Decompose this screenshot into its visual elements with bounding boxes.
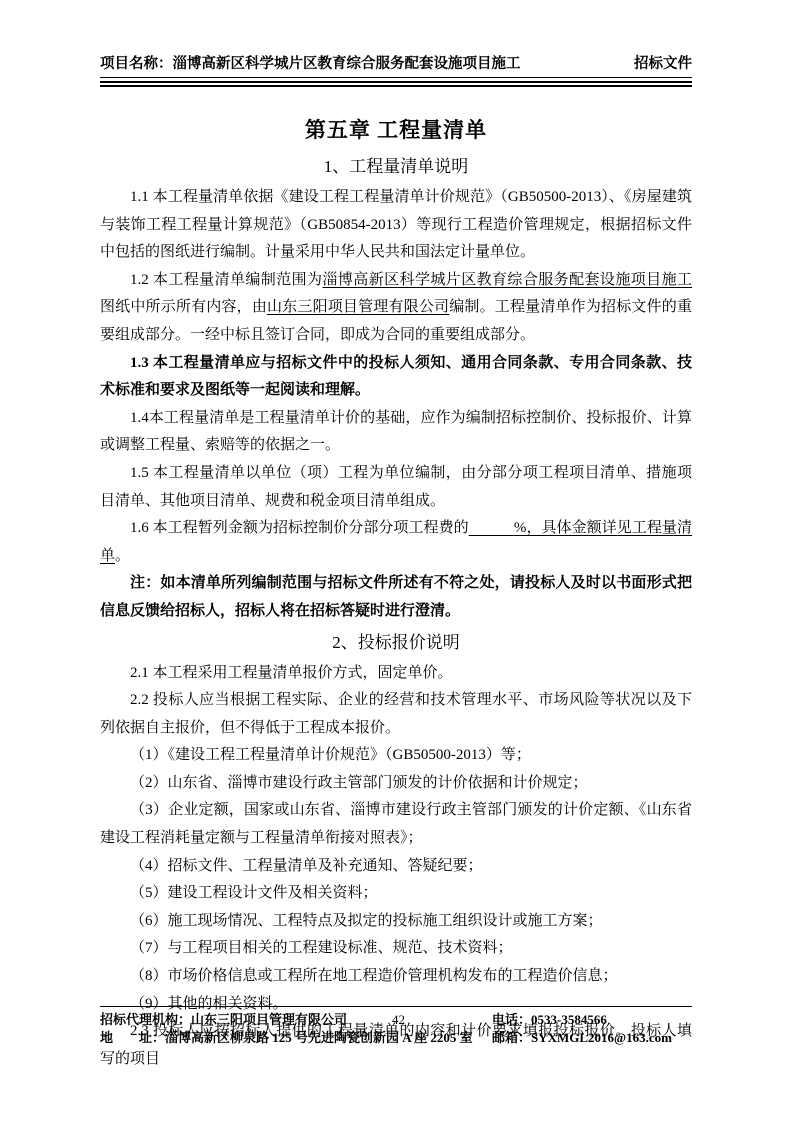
text-run: 1.1 本工程量清单依据《建设工程工程量清单计价规范》（GB50500-2013…	[100, 189, 692, 260]
paragraph: （8）市场价格信息或工程所在地工程造价管理机构发布的工程造价信息；	[100, 963, 692, 991]
text-run: 。	[115, 548, 130, 564]
document-page: 项目名称：淄博高新区科学城片区教育综合服务配套设施项目施工 招标文件 第五章 工…	[0, 0, 793, 1122]
section-1-heading: 1、工程量清单说明	[100, 150, 692, 184]
text-run: 1.4本工程量清单是工程量清单计价的基础，应作为编制招标控制价、投标报价、计算或…	[100, 410, 692, 454]
paragraph: 1.6 本工程暂列金额为招标控制价分部分项工程费的 %，具体金额详见工程量清单。	[100, 515, 692, 570]
chapter-title: 第五章 工程量清单	[100, 114, 692, 144]
header-project-name: 项目名称：淄博高新区科学城片区教育综合服务配套设施项目施工	[100, 52, 521, 73]
text-run: 2.1 本工程采用工程量清单报价方式，固定单价。	[130, 665, 453, 681]
paragraph: （1）《建设工程工程量清单计价规范》（GB50500-2013）等；	[100, 742, 692, 770]
text-run: （7）与工程项目相关的工程建设标准、规范、技术资料；	[130, 940, 513, 956]
paragraph: （2）山东省、淄博市建设行政主管部门颁发的计价依据和计价规定；	[100, 770, 692, 798]
paragraph: 1.4本工程量清单是工程量清单计价的基础，应作为编制招标控制价、投标报价、计算或…	[100, 405, 692, 460]
page-number: 42	[392, 1011, 492, 1029]
text-run: 注：如本清单所列编制范围与招标文件所述有不符之处，请投标人及时以书面形式把信息反…	[100, 575, 692, 619]
section-1-paragraphs: 1.1 本工程量清单依据《建设工程工程量清单计价规范》（GB50500-2013…	[100, 184, 692, 626]
underlined-text: 山东三阳项目管理有限公司	[267, 299, 449, 315]
text-run: （1）《建设工程工程量清单计价规范》（GB50500-2013）等；	[130, 747, 531, 763]
header-doc-type: 招标文件	[634, 52, 692, 73]
paragraph: 1.2 本工程量清单编制范围为淄博高新区科学城片区教育综合服务配套设施项目施工图…	[100, 267, 692, 350]
text-run: 1.3 本工程量清单应与招标文件中的投标人须知、通用合同条款、专用合同条款、技术…	[100, 355, 692, 399]
paragraph: 1.3 本工程量清单应与招标文件中的投标人须知、通用合同条款、专用合同条款、技术…	[100, 350, 692, 405]
footer-phone: 电话：0533-3584566	[492, 1011, 692, 1029]
paragraph: （6）施工现场情况、工程特点及拟定的投标施工组织设计或施工方案；	[100, 908, 692, 936]
footer-grid: 招标代理机构：山东三阳项目管理有限公司 42 电话：0533-3584566 地…	[100, 1011, 692, 1047]
page-footer: 招标代理机构：山东三阳项目管理有限公司 42 电话：0533-3584566 地…	[100, 1006, 692, 1047]
paragraph: 1.1 本工程量清单依据《建设工程工程量清单计价规范》（GB50500-2013…	[100, 184, 692, 267]
text-run: （3）企业定额，国家或山东省、淄博市建设行政主管部门颁发的计价定额、《山东省建设…	[100, 802, 692, 846]
page-header: 项目名称：淄博高新区科学城片区教育综合服务配套设施项目施工 招标文件	[100, 52, 692, 78]
section-2-heading: 2、投标报价说明	[100, 626, 692, 660]
paragraph: 2.2 投标人应当根据工程实际、企业的经营和技术管理水平、市场风险等状况以及下列…	[100, 687, 692, 742]
text-run: （8）市场价格信息或工程所在地工程造价管理机构发布的工程造价信息；	[130, 968, 618, 984]
text-run: 2.2 投标人应当根据工程实际、企业的经营和技术管理水平、市场风险等状况以及下列…	[100, 692, 692, 736]
footer-email: 邮箱：SYXMGL2016@163.com	[492, 1029, 692, 1047]
footer-agency: 招标代理机构：山东三阳项目管理有限公司	[100, 1011, 392, 1029]
text-run: （6）施工现场情况、工程特点及拟定的投标施工组织设计或施工方案；	[130, 913, 603, 929]
header-double-rule	[100, 81, 692, 87]
text-run: 1.2 本工程量清单编制范围为	[130, 272, 322, 288]
paragraph: 1.5 本工程量清单以单位（项）工程为单位编制，由分部分项工程项目清单、措施项目…	[100, 460, 692, 515]
underlined-text	[469, 520, 514, 536]
text-run: 1.5 本工程量清单以单位（项）工程为单位编制，由分部分项工程项目清单、措施项目…	[100, 465, 692, 509]
paragraph: （3）企业定额，国家或山东省、淄博市建设行政主管部门颁发的计价定额、《山东省建设…	[100, 797, 692, 852]
footer-address: 地 址：淄博高新区柳泉路 125 号先进陶瓷创新园 A 座 2205 室	[100, 1029, 492, 1047]
underlined-text: 淄博高新区科学城片区教育综合服务配套设施项目施工	[322, 272, 692, 288]
paragraph: （4）招标文件、工程量清单及补充通知、答疑纪要；	[100, 853, 692, 881]
paragraph: 注：如本清单所列编制范围与招标文件所述有不符之处，请投标人及时以书面形式把信息反…	[100, 570, 692, 625]
section-quantity-list-notes: 1、工程量清单说明 1.1 本工程量清单依据《建设工程工程量清单计价规范》（GB…	[100, 150, 692, 626]
text-run: 图纸中所示所有内容，由	[100, 299, 267, 315]
paragraph: （7）与工程项目相关的工程建设标准、规范、技术资料；	[100, 935, 692, 963]
paragraph: 2.1 本工程采用工程量清单报价方式，固定单价。	[100, 660, 692, 688]
paragraph: （5）建设工程设计文件及相关资料；	[100, 880, 692, 908]
text-run: （4）招标文件、工程量清单及补充通知、答疑纪要；	[130, 858, 483, 874]
text-run: （5）建设工程设计文件及相关资料；	[130, 885, 378, 901]
page-content: 项目名称：淄博高新区科学城片区教育综合服务配套设施项目施工 招标文件 第五章 工…	[100, 52, 692, 1073]
text-run: 1.6 本工程暂列金额为招标控制价分部分项工程费的	[130, 520, 469, 536]
text-run: （2）山东省、淄博市建设行政主管部门颁发的计价依据和计价规定；	[130, 775, 588, 791]
